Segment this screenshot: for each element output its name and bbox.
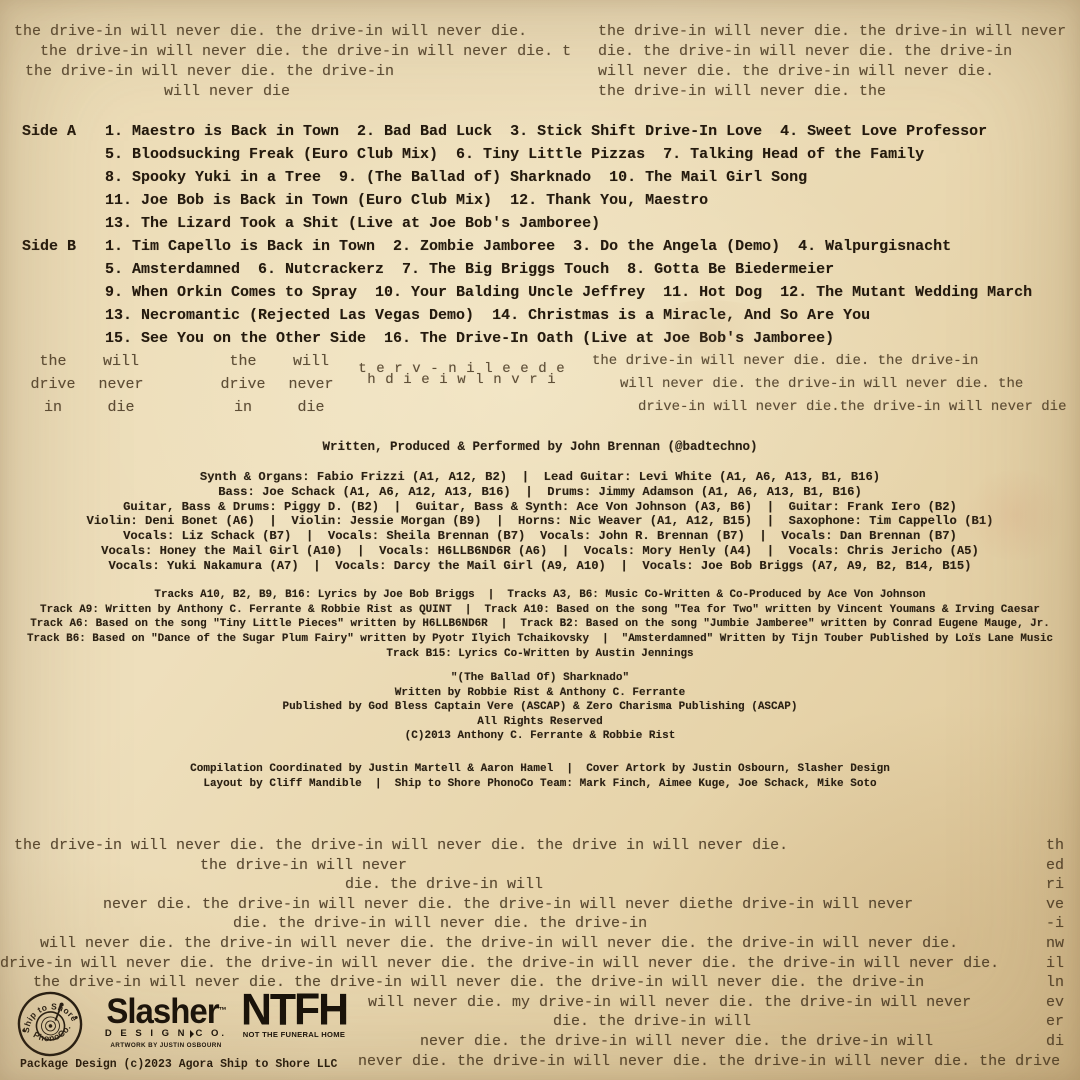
filler-word: the: [212, 350, 274, 373]
filler-line: drive-in will never die. the drive-in wi…: [0, 955, 999, 972]
ship-to-shore-phonoco-logo: Ship to Shore PhonoCo.: [9, 983, 91, 1065]
side-a-label: Side A: [22, 120, 76, 143]
filler-word: die: [280, 396, 342, 419]
track-line: 1. Tim Capello is Back in Town 2. Zombie…: [105, 235, 1032, 258]
filler-word: drive: [22, 373, 84, 396]
filler-line: drive-in will never die.the drive-in wil…: [592, 396, 1066, 419]
ntfh-wordmark: NTFH: [237, 991, 351, 1029]
zigzag-char: i: [547, 370, 556, 390]
filler-line: will never die. the drive-in will never …: [598, 62, 1066, 82]
filler-line: die. the drive-in will: [0, 876, 543, 893]
zigzag-char: d: [538, 359, 547, 379]
credit-line: Track A6: Based on the song "Tiny Little…: [0, 617, 1080, 632]
track-line: 15. See You on the Other Side 16. The Dr…: [105, 327, 1032, 350]
trademark-symbol: ™: [219, 1006, 226, 1016]
edge-text: ri: [1046, 875, 1064, 895]
middle-right-filler: the drive-in will never die. die. the dr…: [592, 350, 1066, 419]
written-by-line: Written, Produced & Performed by John Br…: [0, 440, 1080, 454]
track-line: 13. The Lizard Took a Shit (Live at Joe …: [105, 212, 987, 235]
zigzag-char: l: [484, 359, 493, 379]
credit-line: Written by Robbie Rist & Anthony C. Ferr…: [0, 686, 1080, 701]
filler-line: will never die. the drive-in will never …: [592, 373, 1066, 396]
middle-filler-section: the will drive never in die the will dri…: [0, 350, 1080, 422]
zigzag-char: r: [529, 370, 538, 390]
side-b-tracklist: Side B 1. Tim Capello is Back in Town 2.…: [22, 235, 1032, 350]
edge-text: il: [1046, 954, 1064, 974]
word-grid: the will drive never in die: [22, 350, 152, 419]
phonoco-stamp-icon: Ship to Shore PhonoCo.: [9, 983, 91, 1065]
zigzag-char: v: [412, 359, 421, 379]
credit-line: All Rights Reserved: [0, 715, 1080, 730]
zigzag-char: e: [421, 370, 430, 390]
credit-line: Vocals: Liz Schack (B7) | Vocals: Sheila…: [0, 529, 1080, 544]
credit-line: Compilation Coordinated by Justin Martel…: [0, 762, 1080, 777]
edge-text: ed: [1046, 856, 1064, 876]
credit-line: Guitar, Bass & Drums: Piggy D. (B2) | Gu…: [0, 500, 1080, 515]
filler-line: the drive-in will never: [0, 857, 407, 874]
top-right-filler-block: the drive-in will never die. the drive-i…: [598, 22, 1066, 102]
zigzag-char: w: [457, 370, 466, 390]
credit-line: Tracks A10, B2, B9, B16: Lyrics by Joe B…: [0, 588, 1080, 603]
filler-line: die. the drive-in will never die. the dr…: [598, 42, 1066, 62]
credit-line: Track B6: Based on "Dance of the Sugar P…: [0, 632, 1080, 647]
filler-line: the drive-in will never die. the drive-i…: [14, 22, 571, 42]
track-line: 8. Spooky Yuki in a Tree 9. (The Ballad …: [105, 166, 987, 189]
filler-word: in: [212, 396, 274, 419]
zigzag-char: n: [493, 370, 502, 390]
track-line: 1. Maestro is Back in Town 2. Bad Bad Lu…: [105, 120, 987, 143]
track-line: 11. Joe Bob is Back in Town (Euro Club M…: [105, 189, 987, 212]
credit-line: Layout by Cliff Mandible | Ship to Shore…: [0, 777, 1080, 792]
slasher-artwork-credit: ARTWORK BY JUSTIN OSBOURN: [96, 1042, 236, 1049]
package-design-credit: Package Design (c)2023 Agora Ship to Sho…: [20, 1058, 337, 1071]
filler-word: in: [22, 396, 84, 419]
filler-word: the: [22, 350, 84, 373]
edge-text: th: [1046, 836, 1064, 856]
edge-text: ve: [1046, 895, 1064, 915]
edge-text: ln: [1046, 973, 1064, 993]
filler-line: the drive-in will never die. die. the dr…: [592, 350, 1066, 373]
zigzag-char: l: [475, 370, 484, 390]
credit-line: Track B15: Lyrics Co-Written by Austin J…: [0, 647, 1080, 662]
credit-line: Vocals: Yuki Nakamura (A7) | Vocals: Dar…: [0, 559, 1080, 574]
zigzag-char: d: [385, 370, 394, 390]
filler-word: die: [90, 396, 152, 419]
triangle-icon: [190, 1030, 194, 1038]
filler-word: never: [90, 373, 152, 396]
album-back-cover: the drive-in will never die. the drive-i…: [0, 0, 1080, 1080]
filler-line: will never die. the drive-in will never …: [0, 935, 958, 952]
sharknado-rights-block: "(The Ballad Of) Sharknado" Written by R…: [0, 671, 1080, 744]
word-grid: the will drive never in die: [212, 350, 342, 419]
filler-line: the drive-in will never die. the drive-i…: [598, 22, 1066, 42]
filler-line: the drive-in will never die. the drive-i…: [14, 42, 571, 62]
credit-line: Vocals: Honey the Mail Girl (A10) | Voca…: [0, 544, 1080, 559]
side-a-tracklist: Side A 1. Maestro is Back in Town 2. Bad…: [22, 120, 987, 235]
zigzag-char: e: [520, 359, 529, 379]
zigzag-char: i: [439, 370, 448, 390]
zigzag-char: r: [394, 359, 403, 379]
zigzag-text: thedrive-inwillneverdie: [358, 364, 565, 384]
zigzag-char: e: [376, 359, 385, 379]
zigzag-char: e: [502, 359, 511, 379]
filler-line: the drive-in will never die. the: [598, 82, 1066, 102]
zigzag-char: e: [556, 359, 565, 379]
edge-text: er: [1046, 1012, 1064, 1032]
filler-line: never die. the drive-in will never die. …: [0, 896, 913, 913]
zigzag-char: h: [367, 370, 376, 390]
edge-text: ev: [1046, 993, 1064, 1013]
track-line: 5. Bloodsucking Freak (Euro Club Mix) 6.…: [105, 143, 987, 166]
zigzag-char: i: [403, 370, 412, 390]
edge-text: nw: [1046, 934, 1064, 954]
filler-word: never: [280, 373, 342, 396]
zigzag-char: t: [358, 359, 367, 379]
credit-line: Bass: Joe Schack (A1, A6, A12, A13, B16)…: [0, 485, 1080, 500]
filler-line: the drive-in will never die. the drive-i…: [0, 837, 788, 854]
filler-word: drive: [212, 373, 274, 396]
filler-word: will: [90, 350, 152, 373]
side-b-label: Side B: [22, 235, 76, 258]
track-line: 9. When Orkin Comes to Spray 10. Your Ba…: [105, 281, 1032, 304]
slasher-design-logo: Slasher™ D E S I G NC O. ARTWORK BY JUST…: [96, 996, 236, 1049]
track-notes-block: Tracks A10, B2, B9, B16: Lyrics by Joe B…: [0, 588, 1080, 662]
credit-line: Published by God Bless Captain Vere (ASC…: [0, 700, 1080, 715]
track-line: 5. Amsterdamned 6. Nutcrackerz 7. The Bi…: [105, 258, 1032, 281]
filler-line: the drive-in will never die. the drive-i…: [14, 62, 571, 82]
zigzag-char: i: [466, 359, 475, 379]
musician-credits-block: Synth & Organs: Fabio Frizzi (A1, A12, B…: [0, 470, 1080, 574]
filler-line: will never die: [14, 82, 571, 102]
credit-line: Track A9: Written by Anthony C. Ferrante…: [0, 603, 1080, 618]
edge-text: -i: [1046, 914, 1064, 934]
zigzag-char: n: [448, 359, 457, 379]
zigzag-char: -: [430, 359, 439, 379]
filler-line: die. the drive-in will never die. the dr…: [0, 915, 647, 932]
slasher-wordmark: Slasher™: [96, 995, 236, 1027]
zigzag-char: v: [511, 370, 520, 390]
ntfh-logo: NTFH NOT THE FUNERAL HOME: [238, 992, 350, 1039]
top-left-filler-block: the drive-in will never die. the drive-i…: [14, 22, 571, 102]
team-credits-block: Compilation Coordinated by Justin Martel…: [0, 762, 1080, 792]
credit-line: Synth & Organs: Fabio Frizzi (A1, A12, B…: [0, 470, 1080, 485]
track-line: 13. Necromantic (Rejected Las Vegas Demo…: [105, 304, 1032, 327]
filler-word: will: [280, 350, 342, 373]
credit-line: Violin: Deni Bonet (A6) | Violin: Jessie…: [0, 514, 1080, 529]
credit-line: (C)2013 Anthony C. Ferrante & Robbie Ris…: [0, 729, 1080, 744]
edge-text: di: [1046, 1032, 1064, 1052]
credit-line: "(The Ballad Of) Sharknado": [0, 671, 1080, 686]
